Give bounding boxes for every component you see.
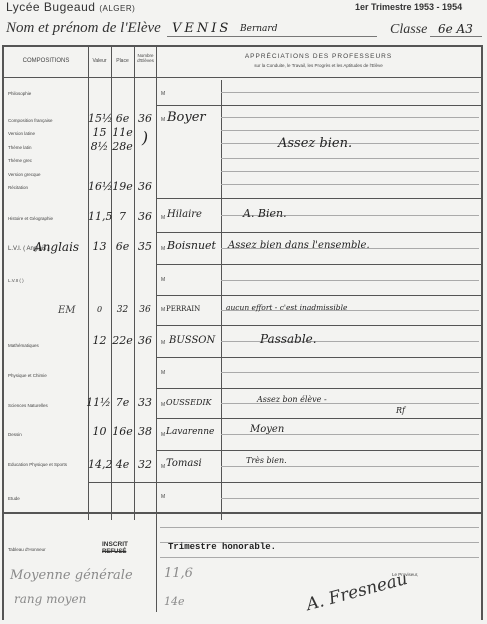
subject-lv2: L.V.II ( ) <box>8 278 24 283</box>
ruled-line <box>221 372 479 373</box>
tableau-honneur-label: Tableau d'Honneur <box>8 547 46 552</box>
prof-prefix: M <box>161 464 165 470</box>
valeur-recitation: 16½ <box>88 180 111 193</box>
header-nombre-eleves: Nombre d'Elèves <box>135 53 156 63</box>
place-lv1: 6e <box>111 240 134 253</box>
valeur-version-latine: 15 <box>88 126 111 139</box>
row-line <box>156 295 481 296</box>
row-line <box>156 198 481 199</box>
ruled-line <box>221 498 479 499</box>
subject-theme-latin: Thème latin <box>8 145 32 150</box>
subject-em: EM <box>58 305 76 316</box>
prof-prefix: M <box>161 402 165 408</box>
ruled-line <box>221 158 479 159</box>
ruled-line <box>221 280 479 281</box>
prof-prefix: M <box>161 340 165 346</box>
ruled-line <box>221 184 479 185</box>
prof-prefix: M <box>161 370 165 376</box>
place-em: 32 <box>111 305 134 315</box>
ruled-line <box>221 117 479 118</box>
student-surname: VENIS <box>172 21 231 36</box>
eleves-lv1: 35 <box>134 240 156 253</box>
comment-em: aucun effort - c'est inadmissible <box>226 303 347 312</box>
student-firstname: Bernard <box>240 24 277 34</box>
section-divider <box>4 512 481 514</box>
subject-version-latine: Version latine <box>8 131 35 136</box>
rang-value: 14e <box>164 595 185 608</box>
subject-sciences-naturelles: Sciences Naturelles <box>8 403 48 408</box>
school-name: Lycée Bugeaud (ALGER) <box>6 0 135 14</box>
prof-sciences-naturelles: OUSSEDIK <box>166 398 212 407</box>
class-line <box>430 36 482 37</box>
eleves-histoire: 36 <box>134 210 156 223</box>
place-education-physique: 4e <box>111 458 134 471</box>
class-value: 6e A3 <box>438 22 473 36</box>
ruled-line <box>221 171 479 172</box>
valeur-dessin: 10 <box>88 425 111 438</box>
comment-education-physique: Très bien. <box>246 456 287 465</box>
lv1-language: Anglais <box>34 240 79 254</box>
subject-education-physique: Education Physique et Sports <box>8 462 68 467</box>
place-theme-latin: 28e <box>111 140 134 153</box>
header-appreciations-subtitle: sur la Conduite, le Travail, les Progrès… <box>156 63 481 68</box>
subject-histoire-geographie: Histoire et Géographie <box>8 216 53 221</box>
prof-prefix: M <box>161 91 165 97</box>
header-appreciations-title: APPRÉCIATIONS DES PROFESSEURS <box>156 53 481 60</box>
subject-version-grecque: Version grecque <box>8 172 41 177</box>
prof-prefix: M <box>161 117 165 123</box>
valeur-maths: 12 <box>88 334 111 347</box>
col-divider-prof <box>156 47 157 612</box>
prof-maths: BUSSON <box>169 335 215 346</box>
row-line <box>156 450 481 451</box>
subject-recitation: Récitation <box>8 185 28 190</box>
valeur-histoire: 11,5 <box>88 210 111 223</box>
valeur-sciences-naturelles: 11½ <box>86 396 111 409</box>
class-label: Classe <box>390 22 427 38</box>
comment-lv1: Assez bien dans l'ensemble. <box>228 240 370 251</box>
moyenne-value: 11,6 <box>164 566 193 581</box>
ruled-line <box>221 466 479 467</box>
col-divider-comment <box>221 80 222 520</box>
moyenne-label: Moyenne générale <box>10 568 133 583</box>
row-line <box>156 264 481 265</box>
prof-histoire: Hilaire <box>167 209 202 220</box>
row-line <box>88 482 156 483</box>
subject-dessin: Dessin <box>8 432 22 437</box>
valeur-em: 0 <box>88 305 111 314</box>
place-composition-francaise: 6e <box>111 112 134 125</box>
place-recitation: 19e <box>111 180 134 193</box>
initials-sciences-naturelles: Rf <box>396 406 405 415</box>
trimester: 1er Trimestre 1953 - 1954 <box>355 2 462 12</box>
inscrit-label: INSCRIT <box>102 541 128 548</box>
comment-composition-francaise: Assez bien. <box>278 136 352 151</box>
comment-dessin: Moyen <box>250 424 284 435</box>
row-line <box>156 482 481 483</box>
ruled-line <box>221 92 479 93</box>
rang-label: rang moyen <box>14 592 86 606</box>
proviseur-label: Le Proviseur, <box>392 572 418 577</box>
header-place: Place <box>111 58 134 64</box>
prof-prefix: M <box>161 215 165 221</box>
subject-mathematiques: Mathématiques <box>8 343 39 348</box>
ruled-line <box>160 557 479 558</box>
place-sciences-naturelles: 7e <box>111 396 134 409</box>
eleves-dessin: 38 <box>134 425 156 438</box>
comment-maths: Passable. <box>260 332 317 346</box>
row-line <box>156 418 481 419</box>
comment-histoire: A. Bien. <box>243 207 287 220</box>
place-histoire: 7 <box>111 210 134 223</box>
valeur-education-physique: 14,2 <box>88 458 111 471</box>
row-line <box>156 357 481 358</box>
subject-philosophie: Philosophie <box>8 91 31 96</box>
name-label: Nom et prénom de l'Elève <box>6 20 161 37</box>
row-line <box>156 388 481 389</box>
prof-composition-francaise: Boyer <box>167 110 206 125</box>
school-city: (ALGER) <box>99 4 135 13</box>
row-line <box>156 325 481 326</box>
prof-prefix: M <box>161 307 165 313</box>
subject-composition-francaise: Composition française <box>8 118 53 123</box>
subject-etude: Etude <box>8 496 20 501</box>
name-line <box>167 36 377 37</box>
prof-dessin: Lavarenne <box>166 427 214 437</box>
header-valeur: Valeur <box>88 58 111 64</box>
typed-comment: Trimestre honorable. <box>168 542 276 552</box>
comment-sciences-naturelles: Assez bon élève - <box>257 395 327 404</box>
eleves-maths: 36 <box>134 334 156 347</box>
header-bottom-line <box>4 77 481 78</box>
prof-education-physique: Tomasi <box>166 458 202 469</box>
place-maths: 22e <box>111 334 134 347</box>
header-compositions: COMPOSITIONS <box>4 58 88 64</box>
valeur-composition-francaise: 15½ <box>88 112 111 125</box>
row-line <box>156 232 481 233</box>
ruled-line <box>160 527 479 528</box>
prof-prefix: M <box>161 277 165 283</box>
prof-em: PERRAIN <box>166 305 200 313</box>
eleves-sciences-naturelles: 33 <box>134 396 156 409</box>
eleves-em: 36 <box>134 305 156 315</box>
place-dessin: 16e <box>111 425 134 438</box>
row-line <box>156 105 481 106</box>
school-name-text: Lycée Bugeaud <box>6 0 95 14</box>
eleves-composition-francaise: 36 <box>134 112 156 125</box>
ditto-mark: ) <box>134 128 156 147</box>
eleves-education-physique: 32 <box>134 458 156 471</box>
prof-prefix: M <box>161 494 165 500</box>
valeur-theme-latin: 8½ <box>88 140 111 153</box>
refuse-label: REFUSÉ <box>102 549 126 555</box>
place-version-latine: 11e <box>111 126 134 139</box>
valeur-lv1: 13 <box>88 240 111 253</box>
eleves-recitation: 36 <box>134 180 156 193</box>
prof-prefix: M <box>161 246 165 252</box>
subject-theme-grec: Thème grec <box>8 158 32 163</box>
ruled-line <box>221 130 479 131</box>
report-card-frame <box>2 45 483 620</box>
prof-lv1: Boisnuet <box>167 239 216 252</box>
subject-physique-chimie: Physique et Chimie <box>8 373 47 378</box>
prof-prefix: M <box>161 432 165 438</box>
